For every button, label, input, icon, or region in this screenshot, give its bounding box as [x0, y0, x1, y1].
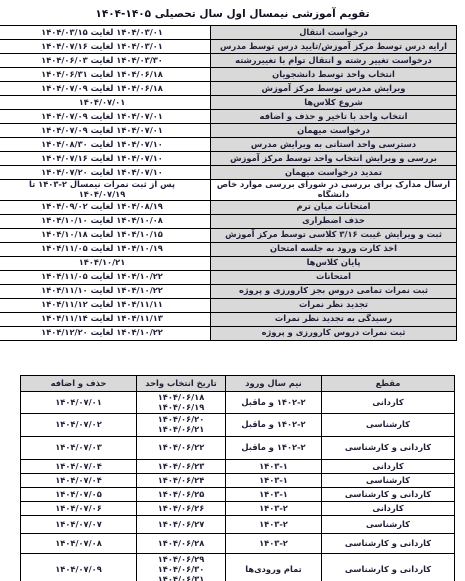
activity-cell: ویرایش مدرس توسط مرکز آموزش	[211, 82, 457, 96]
table-row: انتخاب واحد توسط دانشجویان۱۴۰۴/۰۶/۱۸ لغا…	[0, 68, 457, 82]
date-cell: ۱۴۰۴/۰۶/۱۸ لغایت ۱۴۰۴/۰۶/۳۱	[0, 68, 211, 82]
entry-cell: ۱۴۰۳-۲	[226, 516, 322, 534]
drop-add-cell: ۱۴۰۴/۰۷/۰۴	[21, 460, 137, 474]
table-row: اخذ کارت ورود به جلسه امتحان۱۴۰۴/۱۰/۱۹ ل…	[0, 242, 457, 256]
activity-cell: بررسی و ویرایش انتخاب واحد توسط مرکز آمو…	[211, 152, 457, 166]
level-cell: کاردانی و کارشناسی	[322, 437, 455, 460]
date-cell: ۱۴۰۴/۱۰/۲۲ لغایت ۱۴۰۴/۱۱/۰۵	[0, 270, 211, 284]
entry-cell: ۱۴۰۳-۱	[226, 488, 322, 502]
activity-cell: ثبت نمرات دروس کارورزی و پروژه	[211, 326, 457, 340]
activity-cell: انتخاب واحد با تاخیر و حذف و اضافه	[211, 110, 457, 124]
activity-cell: ارایه درس توسط مرکز آموزش/تایید درس توسط…	[211, 40, 457, 54]
table-row: امتحانات میان ترم۱۴۰۴/۰۸/۱۹ لغایت ۱۴۰۴/۰…	[0, 200, 457, 214]
table-row: ثبت نمرات دروس کارورزی و پروژه۱۴۰۴/۱۰/۲۲…	[0, 326, 457, 340]
date-cell: ۱۴۰۴/۰۳/۰۱ لغایت ۱۴۰۴/۰۷/۱۶	[0, 40, 211, 54]
date-cell: ۱۴۰۴/۰۳/۰۱ لغایت ۱۴۰۴/۰۳/۱۵	[0, 26, 211, 40]
table-row: حذف اضطراری۱۴۰۴/۱۰/۰۸ لغایت ۱۴۰۴/۱۰/۱۰	[0, 214, 457, 228]
activity-cell: شروع کلاس‌ها	[211, 96, 457, 110]
table-row: تمدید درخواست میهمان۱۴۰۴/۰۷/۱۰ لغایت ۱۴۰…	[0, 166, 457, 180]
level-cell: کاردانی و کارشناسی	[322, 488, 455, 502]
date-cell: ۱۴۰۴/۱۰/۱۵ لغایت ۱۴۰۴/۱۰/۱۸	[0, 228, 211, 242]
date-cell: ۱۴۰۴/۰۷/۱۰ لغایت ۱۴۰۴/۰۷/۱۶	[0, 152, 211, 166]
table-row: تجدید نظر نمرات۱۴۰۴/۱۱/۱۱ لغایت ۱۴۰۴/۱۱/…	[0, 298, 457, 312]
date-cell: ۱۴۰۴/۱۰/۱۹ لغایت ۱۴۰۴/۱۱/۰۵	[0, 242, 211, 256]
table-row: کارشناسی۱۴۰۳-۲۱۴۰۴/۰۶/۲۷۱۴۰۴/۰۷/۰۷	[21, 516, 455, 534]
activity-cell: تمدید درخواست میهمان	[211, 166, 457, 180]
entry-cell: ۱۴۰۲-۲ و ماقبل	[226, 391, 322, 414]
date-cell: ۱۴۰۴/۰۳/۳۰ لغایت ۱۴۰۴/۰۶/۰۳	[0, 54, 211, 68]
date-cell: ۱۴۰۴/۱۰/۰۸ لغایت ۱۴۰۴/۱۰/۱۰	[0, 214, 211, 228]
entry-cell: ۱۴۰۲-۲ و ماقبل	[226, 414, 322, 437]
entry-cell: ۱۴۰۳-۱	[226, 474, 322, 488]
document-page: تقویم آموزشی نیمسال اول سال تحصیلی ۱۴۰۵-…	[0, 0, 465, 581]
entry-cell: ۱۴۰۳-۱	[226, 460, 322, 474]
drop-add-cell: ۱۴۰۴/۰۷/۰۸	[21, 534, 137, 554]
activity-cell: حذف اضطراری	[211, 214, 457, 228]
academic-calendar-table: درخواست انتقال۱۴۰۴/۰۳/۰۱ لغایت ۱۴۰۴/۰۳/۱…	[0, 25, 457, 341]
selection-cell: ۱۴۰۴/۰۶/۲۳	[137, 460, 226, 474]
drop-add-cell: ۱۴۰۴/۰۷/۰۹	[21, 554, 137, 581]
table-row: دسترسی واحد استانی به ویرایش مدرس۱۴۰۴/۰۷…	[0, 138, 457, 152]
selection-cell: ۱۴۰۴/۰۶/۲۰ ۱۴۰۴/۰۶/۲۱	[137, 414, 226, 437]
date-cell: ۱۴۰۴/۰۷/۰۱ لغایت ۱۴۰۴/۰۷/۰۹	[0, 124, 211, 138]
date-cell: ۱۴۰۴/۰۷/۱۰ لغایت ۱۴۰۴/۰۷/۲۰	[0, 166, 211, 180]
date-cell: ۱۴۰۴/۱۱/۱۱ لغایت ۱۴۰۴/۱۱/۱۲	[0, 298, 211, 312]
activity-cell: درخواست میهمان	[211, 124, 457, 138]
activity-cell: دسترسی واحد استانی به ویرایش مدرس	[211, 138, 457, 152]
level-cell: کاردانی	[322, 502, 455, 516]
activity-cell: اخذ کارت ورود به جلسه امتحان	[211, 242, 457, 256]
date-cell: ۱۴۰۴/۰۷/۰۱ لغایت ۱۴۰۴/۰۷/۰۹	[0, 110, 211, 124]
selection-cell: ۱۴۰۴/۰۶/۲۹ ۱۴۰۴/۰۶/۳۰ ۱۴۰۴/۰۶/۳۱	[137, 554, 226, 581]
level-cell: کارشناسی	[322, 516, 455, 534]
level-cell: کارشناسی	[322, 414, 455, 437]
activity-cell: پایان کلاس‌ها	[211, 256, 457, 270]
entry-cell: ۱۴۰۳-۲	[226, 534, 322, 554]
header-drop-add: حذف و اضافه	[21, 375, 137, 391]
table-row: کارشناسی۱۴۰۲-۲ و ماقبل۱۴۰۴/۰۶/۲۰ ۱۴۰۴/۰۶…	[21, 414, 455, 437]
activity-cell: امتحانات میان ترم	[211, 200, 457, 214]
date-cell: ۱۴۰۴/۱۱/۱۳ لغایت ۱۴۰۴/۱۱/۱۴	[0, 312, 211, 326]
table-row: شروع کلاس‌ها۱۴۰۴/۰۷/۰۱	[0, 96, 457, 110]
date-cell: پس از ثبت نمرات نیمسال ۲-۱۴۰۳ تا ۱۴۰۴/۰۷…	[0, 180, 211, 201]
activity-cell: ثبت و ویرایش غیبت ۳/۱۶ کلاسی توسط مرکز آ…	[211, 228, 457, 242]
table-row: کاردانی۱۴۰۳-۱۱۴۰۴/۰۶/۲۳۱۴۰۴/۰۷/۰۴	[21, 460, 455, 474]
selection-cell: ۱۴۰۴/۰۶/۱۸ ۱۴۰۴/۰۶/۱۹	[137, 391, 226, 414]
activity-cell: انتخاب واحد توسط دانشجویان	[211, 68, 457, 82]
table-row: کاردانی۱۴۰۲-۲ و ماقبل۱۴۰۴/۰۶/۱۸ ۱۴۰۴/۰۶/…	[21, 391, 455, 414]
drop-add-cell: ۱۴۰۴/۰۷/۰۵	[21, 488, 137, 502]
date-cell: ۱۴۰۴/۰۶/۱۸ لغایت ۱۴۰۴/۰۷/۰۹	[0, 82, 211, 96]
table-row: بررسی و ویرایش انتخاب واحد توسط مرکز آمو…	[0, 152, 457, 166]
selection-cell: ۱۴۰۴/۰۶/۲۲	[137, 437, 226, 460]
table-row: کارشناسی۱۴۰۳-۱۱۴۰۴/۰۶/۲۴۱۴۰۴/۰۷/۰۴	[21, 474, 455, 488]
selection-cell: ۱۴۰۴/۰۶/۲۸	[137, 534, 226, 554]
table-row: ارسال مدارک برای بررسی در شورای بررسی مو…	[0, 180, 457, 201]
level-cell: کارشناسی	[322, 474, 455, 488]
table-row: کاردانی۱۴۰۳-۲۱۴۰۴/۰۶/۲۶۱۴۰۴/۰۷/۰۶	[21, 502, 455, 516]
table-row: انتخاب واحد با تاخیر و حذف و اضافه۱۴۰۴/۰…	[0, 110, 457, 124]
date-cell: ۱۴۰۴/۰۸/۱۹ لغایت ۱۴۰۴/۰۹/۰۲	[0, 200, 211, 214]
drop-add-cell: ۱۴۰۴/۰۷/۰۶	[21, 502, 137, 516]
activity-cell: رسیدگی به تجدید نظر نمرات	[211, 312, 457, 326]
activity-cell: درخواست انتقال	[211, 26, 457, 40]
level-cell: کاردانی و کارشناسی	[322, 554, 455, 581]
table-row: امتحانات۱۴۰۴/۱۰/۲۲ لغایت ۱۴۰۴/۱۱/۰۵	[0, 270, 457, 284]
table-header-row: مقطع نیم سال ورود تاریخ انتخاب واحد حذف …	[21, 375, 455, 391]
activity-cell: ثبت نمرات تمامی دروس بجز کارورزی و پروژه	[211, 284, 457, 298]
table-row: کاردانی و کارشناسی۱۴۰۲-۲ و ماقبل۱۴۰۴/۰۶/…	[21, 437, 455, 460]
selection-cell: ۱۴۰۴/۰۶/۲۵	[137, 488, 226, 502]
table-row: درخواست انتقال۱۴۰۴/۰۳/۰۱ لغایت ۱۴۰۴/۰۳/۱…	[0, 26, 457, 40]
date-cell: ۱۴۰۴/۰۷/۱۰ لغایت ۱۴۰۴/۰۸/۳۰	[0, 138, 211, 152]
table-row: کاردانی و کارشناسی۱۴۰۳-۱۱۴۰۴/۰۶/۲۵۱۴۰۴/۰…	[21, 488, 455, 502]
header-selection-date: تاریخ انتخاب واحد	[137, 375, 226, 391]
table-row: ثبت و ویرایش غیبت ۳/۱۶ کلاسی توسط مرکز آ…	[0, 228, 457, 242]
page-title: تقویم آموزشی نیمسال اول سال تحصیلی ۱۴۰۵-…	[0, 0, 465, 25]
activity-cell: ارسال مدارک برای بررسی در شورای بررسی مو…	[211, 180, 457, 201]
drop-add-cell: ۱۴۰۴/۰۷/۰۲	[21, 414, 137, 437]
entry-cell: ۱۴۰۲-۲ و ماقبل	[226, 437, 322, 460]
table-row: ویرایش مدرس توسط مرکز آموزش۱۴۰۴/۰۶/۱۸ لغ…	[0, 82, 457, 96]
table-row: رسیدگی به تجدید نظر نمرات۱۴۰۴/۱۱/۱۳ لغای…	[0, 312, 457, 326]
date-cell: ۱۴۰۴/۰۷/۰۱	[0, 96, 211, 110]
activity-cell: امتحانات	[211, 270, 457, 284]
selection-cell: ۱۴۰۴/۰۶/۲۴	[137, 474, 226, 488]
date-cell: ۱۴۰۴/۱۰/۲۲ لغایت ۱۴۰۴/۱۲/۲۰	[0, 326, 211, 340]
header-level: مقطع	[322, 375, 455, 391]
selection-cell: ۱۴۰۴/۰۶/۲۷	[137, 516, 226, 534]
level-cell: کاردانی	[322, 391, 455, 414]
drop-add-cell: ۱۴۰۴/۰۷/۰۷	[21, 516, 137, 534]
table-row: ارایه درس توسط مرکز آموزش/تایید درس توسط…	[0, 40, 457, 54]
table-row: درخواست میهمان۱۴۰۴/۰۷/۰۱ لغایت ۱۴۰۴/۰۷/۰…	[0, 124, 457, 138]
level-cell: کاردانی و کارشناسی	[322, 534, 455, 554]
table-row: کاردانی و کارشناسیتمام ورودی‌ها۱۴۰۴/۰۶/۲…	[21, 554, 455, 581]
drop-add-cell: ۱۴۰۴/۰۷/۰۱	[21, 391, 137, 414]
table-row: پایان کلاس‌ها۱۴۰۴/۱۰/۲۱	[0, 256, 457, 270]
activity-cell: درخواست تغییر رشته و انتقال توام با تغیی…	[211, 54, 457, 68]
date-cell: ۱۴۰۴/۱۰/۲۲ لغایت ۱۴۰۴/۱۱/۱۰	[0, 284, 211, 298]
activity-cell: تجدید نظر نمرات	[211, 298, 457, 312]
table-row: کاردانی و کارشناسی۱۴۰۳-۲۱۴۰۴/۰۶/۲۸۱۴۰۴/۰…	[21, 534, 455, 554]
table-row: درخواست تغییر رشته و انتقال توام با تغیی…	[0, 54, 457, 68]
table-row: ثبت نمرات تمامی دروس بجز کارورزی و پروژه…	[0, 284, 457, 298]
entry-cell: ۱۴۰۳-۲	[226, 502, 322, 516]
level-cell: کاردانی	[322, 460, 455, 474]
course-selection-schedule-table: مقطع نیم سال ورود تاریخ انتخاب واحد حذف …	[20, 375, 455, 581]
header-entry-semester: نیم سال ورود	[226, 375, 322, 391]
selection-cell: ۱۴۰۴/۰۶/۲۶	[137, 502, 226, 516]
entry-cell: تمام ورودی‌ها	[226, 554, 322, 581]
drop-add-cell: ۱۴۰۴/۰۷/۰۴	[21, 474, 137, 488]
date-cell: ۱۴۰۴/۱۰/۲۱	[0, 256, 211, 270]
drop-add-cell: ۱۴۰۴/۰۷/۰۳	[21, 437, 137, 460]
